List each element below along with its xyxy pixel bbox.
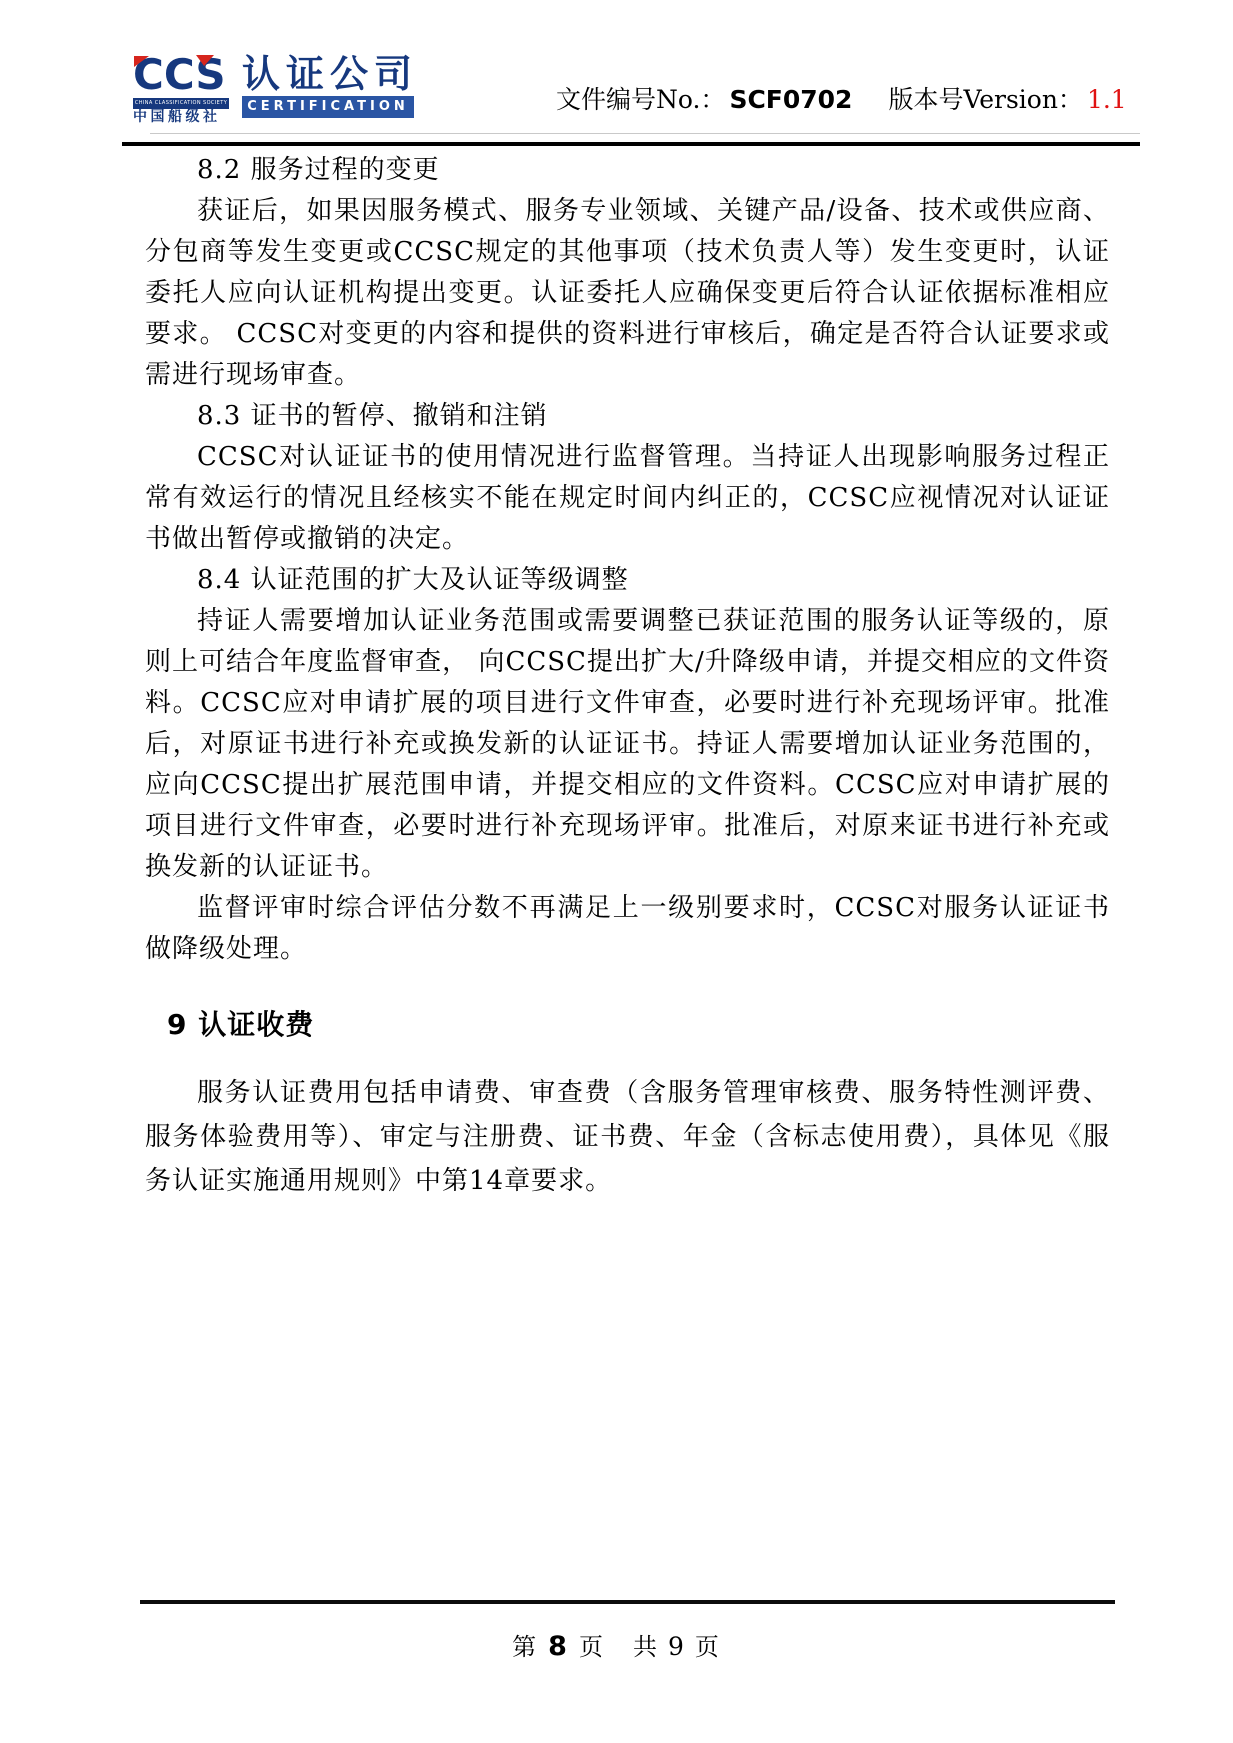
page-word-2: 页 — [695, 1633, 721, 1661]
ccs-logo-mark: CCS CHINA CLASSIFICATION SOCIETY 中国船级社 — [133, 54, 229, 125]
section-heading: 8.2 服务过程的变更 — [145, 150, 1110, 191]
document-page: CCS CHINA CLASSIFICATION SOCIETY 中国船级社 认… — [0, 0, 1233, 1743]
total-page-number: 9 — [668, 1632, 686, 1661]
header-thin-rule — [150, 133, 1140, 134]
company-name-cn: 认证公司 — [242, 54, 418, 94]
document-body: 8.2 服务过程的变更获证后，如果因服务模式、服务专业领域、关键产品/设备、技术… — [145, 150, 1110, 1203]
ccs-logo-text: CCS — [133, 54, 229, 96]
paragraph: 持证人需要增加认证业务范围或需要调整已获证范围的服务认证等级的，原则上可结合年度… — [145, 601, 1110, 888]
page-word: 页 — [579, 1633, 605, 1661]
footer-rule — [140, 1600, 1115, 1604]
ccs-logo: CCS CHINA CLASSIFICATION SOCIETY 中国船级社 认… — [133, 54, 418, 125]
doc-no-label: 文件编号No.： — [556, 85, 725, 114]
page-number-line: 第8页共9页 — [0, 1630, 1233, 1664]
document-meta: 文件编号No.：SCF0702版本号Version：1.1 — [556, 86, 1127, 114]
certification-bar: CERTIFICATION — [242, 96, 414, 118]
section-heading: 8.4 认证范围的扩大及认证等级调整 — [145, 560, 1110, 601]
society-name-en: CHINA CLASSIFICATION SOCIETY — [133, 98, 229, 109]
total-prefix: 共 — [633, 1633, 659, 1661]
section-heading: 9 认证收费 — [145, 1004, 1110, 1045]
paragraph: 获证后，如果因服务模式、服务专业领域、关键产品/设备、技术或供应商、分包商等发生… — [145, 191, 1110, 396]
header-rule — [122, 142, 1140, 146]
current-page-number: 8 — [548, 1631, 569, 1662]
paragraph: CCSC对认证证书的使用情况进行监督管理。当持证人出现影响服务过程正常有效运行的… — [145, 437, 1110, 560]
ccs-logo-wordmark: 认证公司 CERTIFICATION — [242, 54, 418, 118]
version-label: 版本号Version： — [888, 85, 1082, 114]
version-value: 1.1 — [1087, 85, 1127, 114]
doc-no-value: SCF0702 — [729, 85, 852, 114]
paragraph: 监督评审时综合评估分数不再满足上一级别要求时，CCSC对服务认证证书做降级处理。 — [145, 888, 1110, 970]
section-heading: 8.3 证书的暂停、撤销和注销 — [145, 396, 1110, 437]
paragraph: 服务认证费用包括申请费、审查费（含服务管理审核费、服务特性测评费、服务体验费用等… — [145, 1071, 1110, 1203]
page-prefix: 第 — [512, 1633, 538, 1661]
society-name-cn: 中国船级社 — [133, 110, 229, 125]
